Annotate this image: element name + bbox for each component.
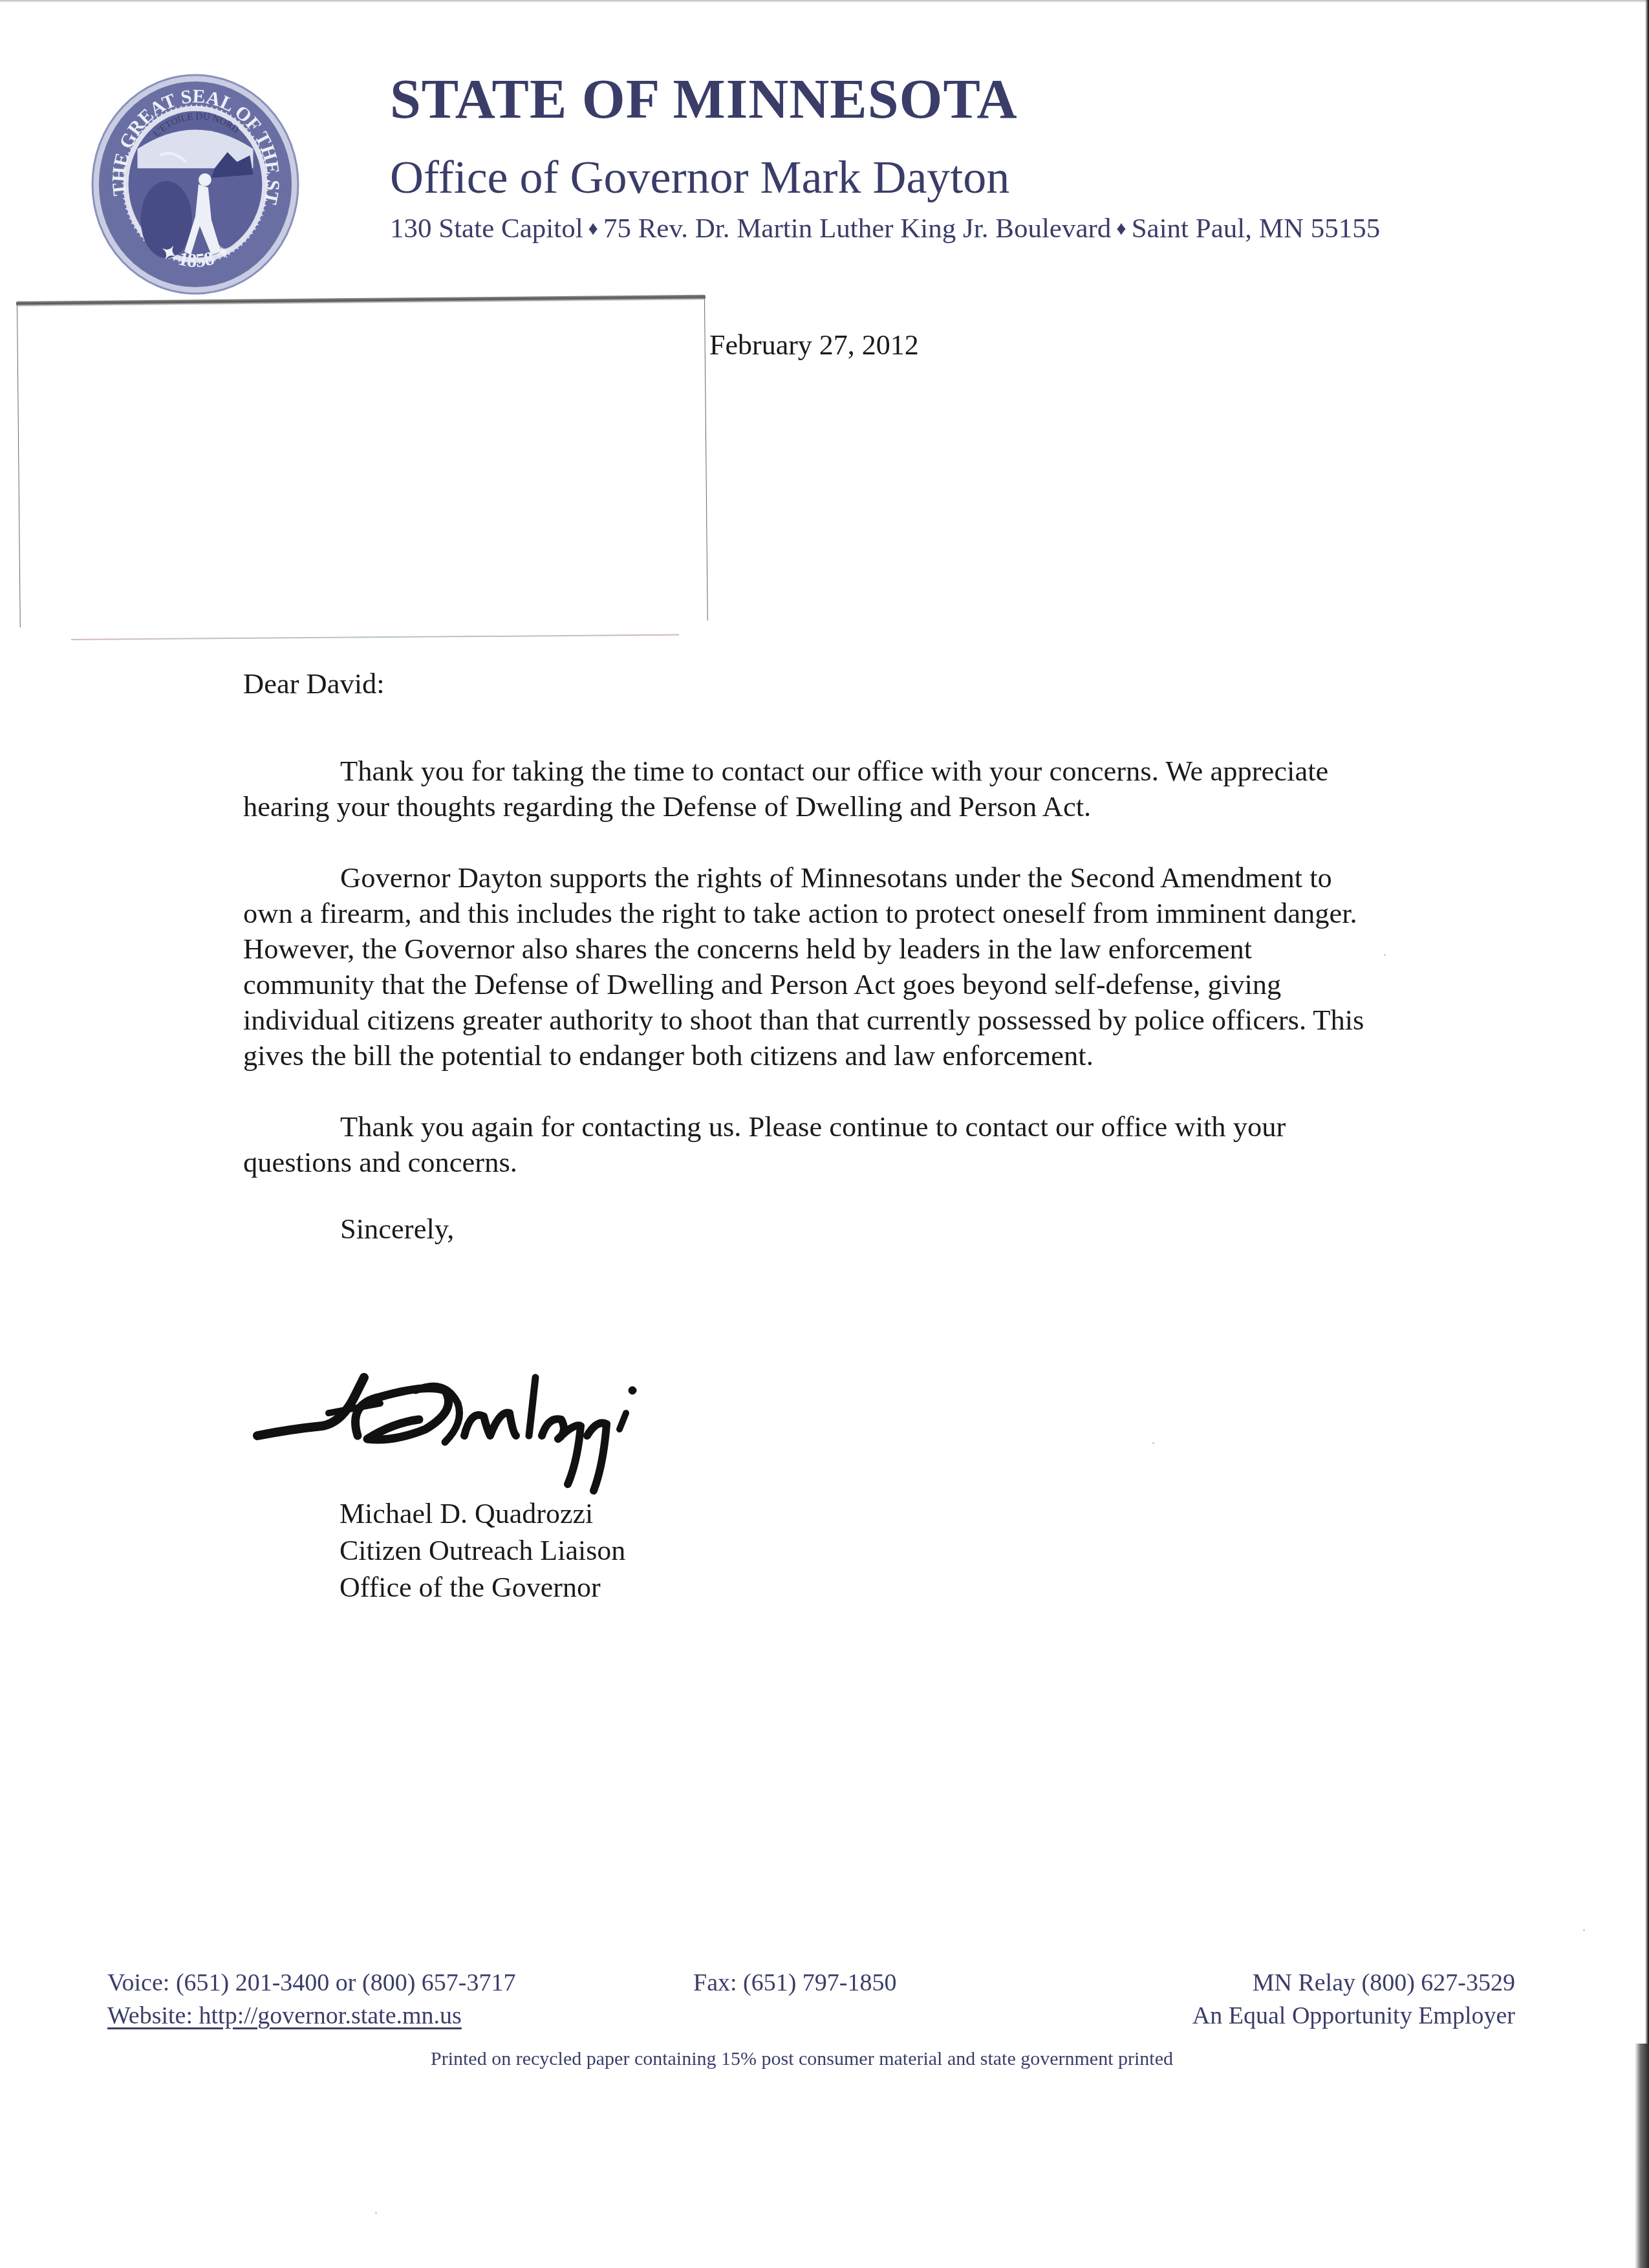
letterhead-title: STATE OF MINNESOTA — [390, 71, 1018, 127]
diamond-separator-icon: ♦ — [588, 218, 598, 239]
letterhead-address: 130 State Capitol♦75 Rev. Dr. Martin Lut… — [390, 215, 1380, 243]
closing: Sincerely, — [340, 1211, 1381, 1247]
paragraph: Thank you for taking the time to contact… — [243, 753, 1381, 825]
scan-speck — [1583, 1929, 1585, 1931]
address-part: 75 Rev. Dr. Martin Luther King Jr. Boule… — [603, 213, 1111, 244]
footer-fax: Fax: (651) 797-1850 — [693, 1969, 897, 1997]
paragraph: Governor Dayton supports the rights of M… — [243, 860, 1381, 1074]
scan-speck — [1384, 954, 1386, 956]
footer-mn-relay: MN Relay (800) 627-3529 — [1253, 1969, 1515, 1997]
signer-block: Michael D. Quadrozzi Citizen Outreach Li… — [339, 1495, 625, 1606]
handwritten-signature-icon — [251, 1352, 697, 1500]
letterhead-office: Office of Governor Mark Dayton — [390, 154, 1009, 200]
signer-name: Michael D. Quadrozzi — [339, 1495, 625, 1532]
scan-speck — [375, 2212, 377, 2214]
address-part: Saint Paul, MN 55155 — [1132, 213, 1381, 244]
scan-top-edge — [0, 0, 1649, 3]
recycled-notice-text: Printed on recycled paper containing 15%… — [431, 2048, 1173, 2070]
paragraph: Thank you again for contacting us. Pleas… — [243, 1109, 1381, 1180]
redacted-recipient-address — [17, 297, 708, 627]
scan-right-edge — [1645, 0, 1649, 2268]
signer-office: Office of the Governor — [339, 1569, 625, 1606]
footer-recycled-notice: Printed on recycled paper containing 15%… — [0, 2048, 1649, 2070]
scan-right-edge-shadow — [1635, 2044, 1649, 2268]
footer-equal-opportunity: An Equal Opportunity Employer — [1192, 2002, 1515, 2030]
signer-title: Citizen Outreach Liaison — [339, 1532, 625, 1569]
address-part: 130 State Capitol — [390, 213, 583, 244]
letter-body: Dear David: Thank you for taking the tim… — [243, 666, 1381, 1247]
state-seal-icon: THE GREAT SEAL OF THE STATE OF MINNESOTA… — [89, 71, 301, 297]
diamond-separator-icon: ♦ — [1116, 218, 1126, 239]
scan-speck — [1152, 1442, 1154, 1444]
footer-website-link[interactable]: Website: http://governor.state.mn.us — [107, 2002, 462, 2030]
scan-artifact-line — [71, 634, 679, 640]
salutation: Dear David: — [243, 666, 1381, 702]
letter-date: February 27, 2012 — [709, 329, 919, 362]
footer-voice-phone: Voice: (651) 201-3400 or (800) 657-3717 — [107, 1969, 515, 1997]
